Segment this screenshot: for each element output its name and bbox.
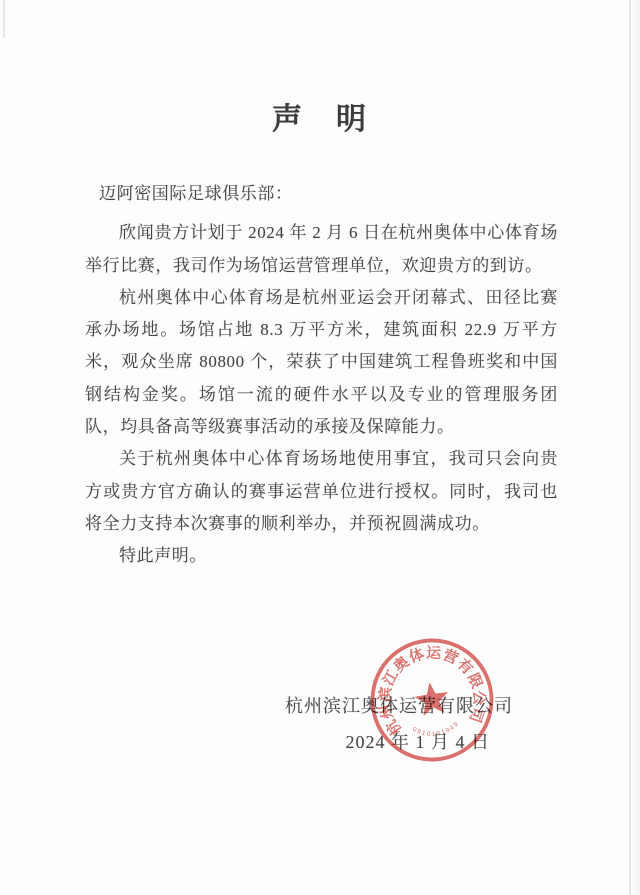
- paper-edge-line: [629, 0, 631, 895]
- document-title: 声 明: [0, 0, 640, 138]
- recipient-line: 迈阿密国际足球俱乐部：: [85, 178, 558, 210]
- seal-serial-number: 0810101949: [410, 720, 462, 742]
- letter-body: 迈阿密国际足球俱乐部： 欣闻贵方计划于 2024 年 2 月 6 日在杭州奥体中…: [85, 178, 558, 573]
- paper-edge-shade: [631, 0, 640, 895]
- scan-corner-artifact: [3, 0, 5, 38]
- paragraph-authorization: 关于杭州奥体中心体育场场地使用事宜，我司只会向贵方或贵方官方确认的赛事运营单位进…: [85, 443, 558, 540]
- company-seal-stamp: 杭州滨江奥体运营有限公司 0810101949: [360, 628, 505, 773]
- paragraph-closing: 特此声明。: [85, 540, 558, 572]
- paragraph-venue-description: 杭州奥体中心体育场是杭州亚运会开闭幕式、田径比赛承办场地。场馆占地 8.3 万平…: [85, 282, 558, 443]
- document-page: 声 明 迈阿密国际足球俱乐部： 欣闻贵方计划于 2024 年 2 月 6 日在杭…: [0, 0, 640, 895]
- paragraph-intro: 欣闻贵方计划于 2024 年 2 月 6 日在杭州奥体中心体育场举行比赛，我司作…: [85, 217, 558, 282]
- star-icon: [413, 680, 451, 717]
